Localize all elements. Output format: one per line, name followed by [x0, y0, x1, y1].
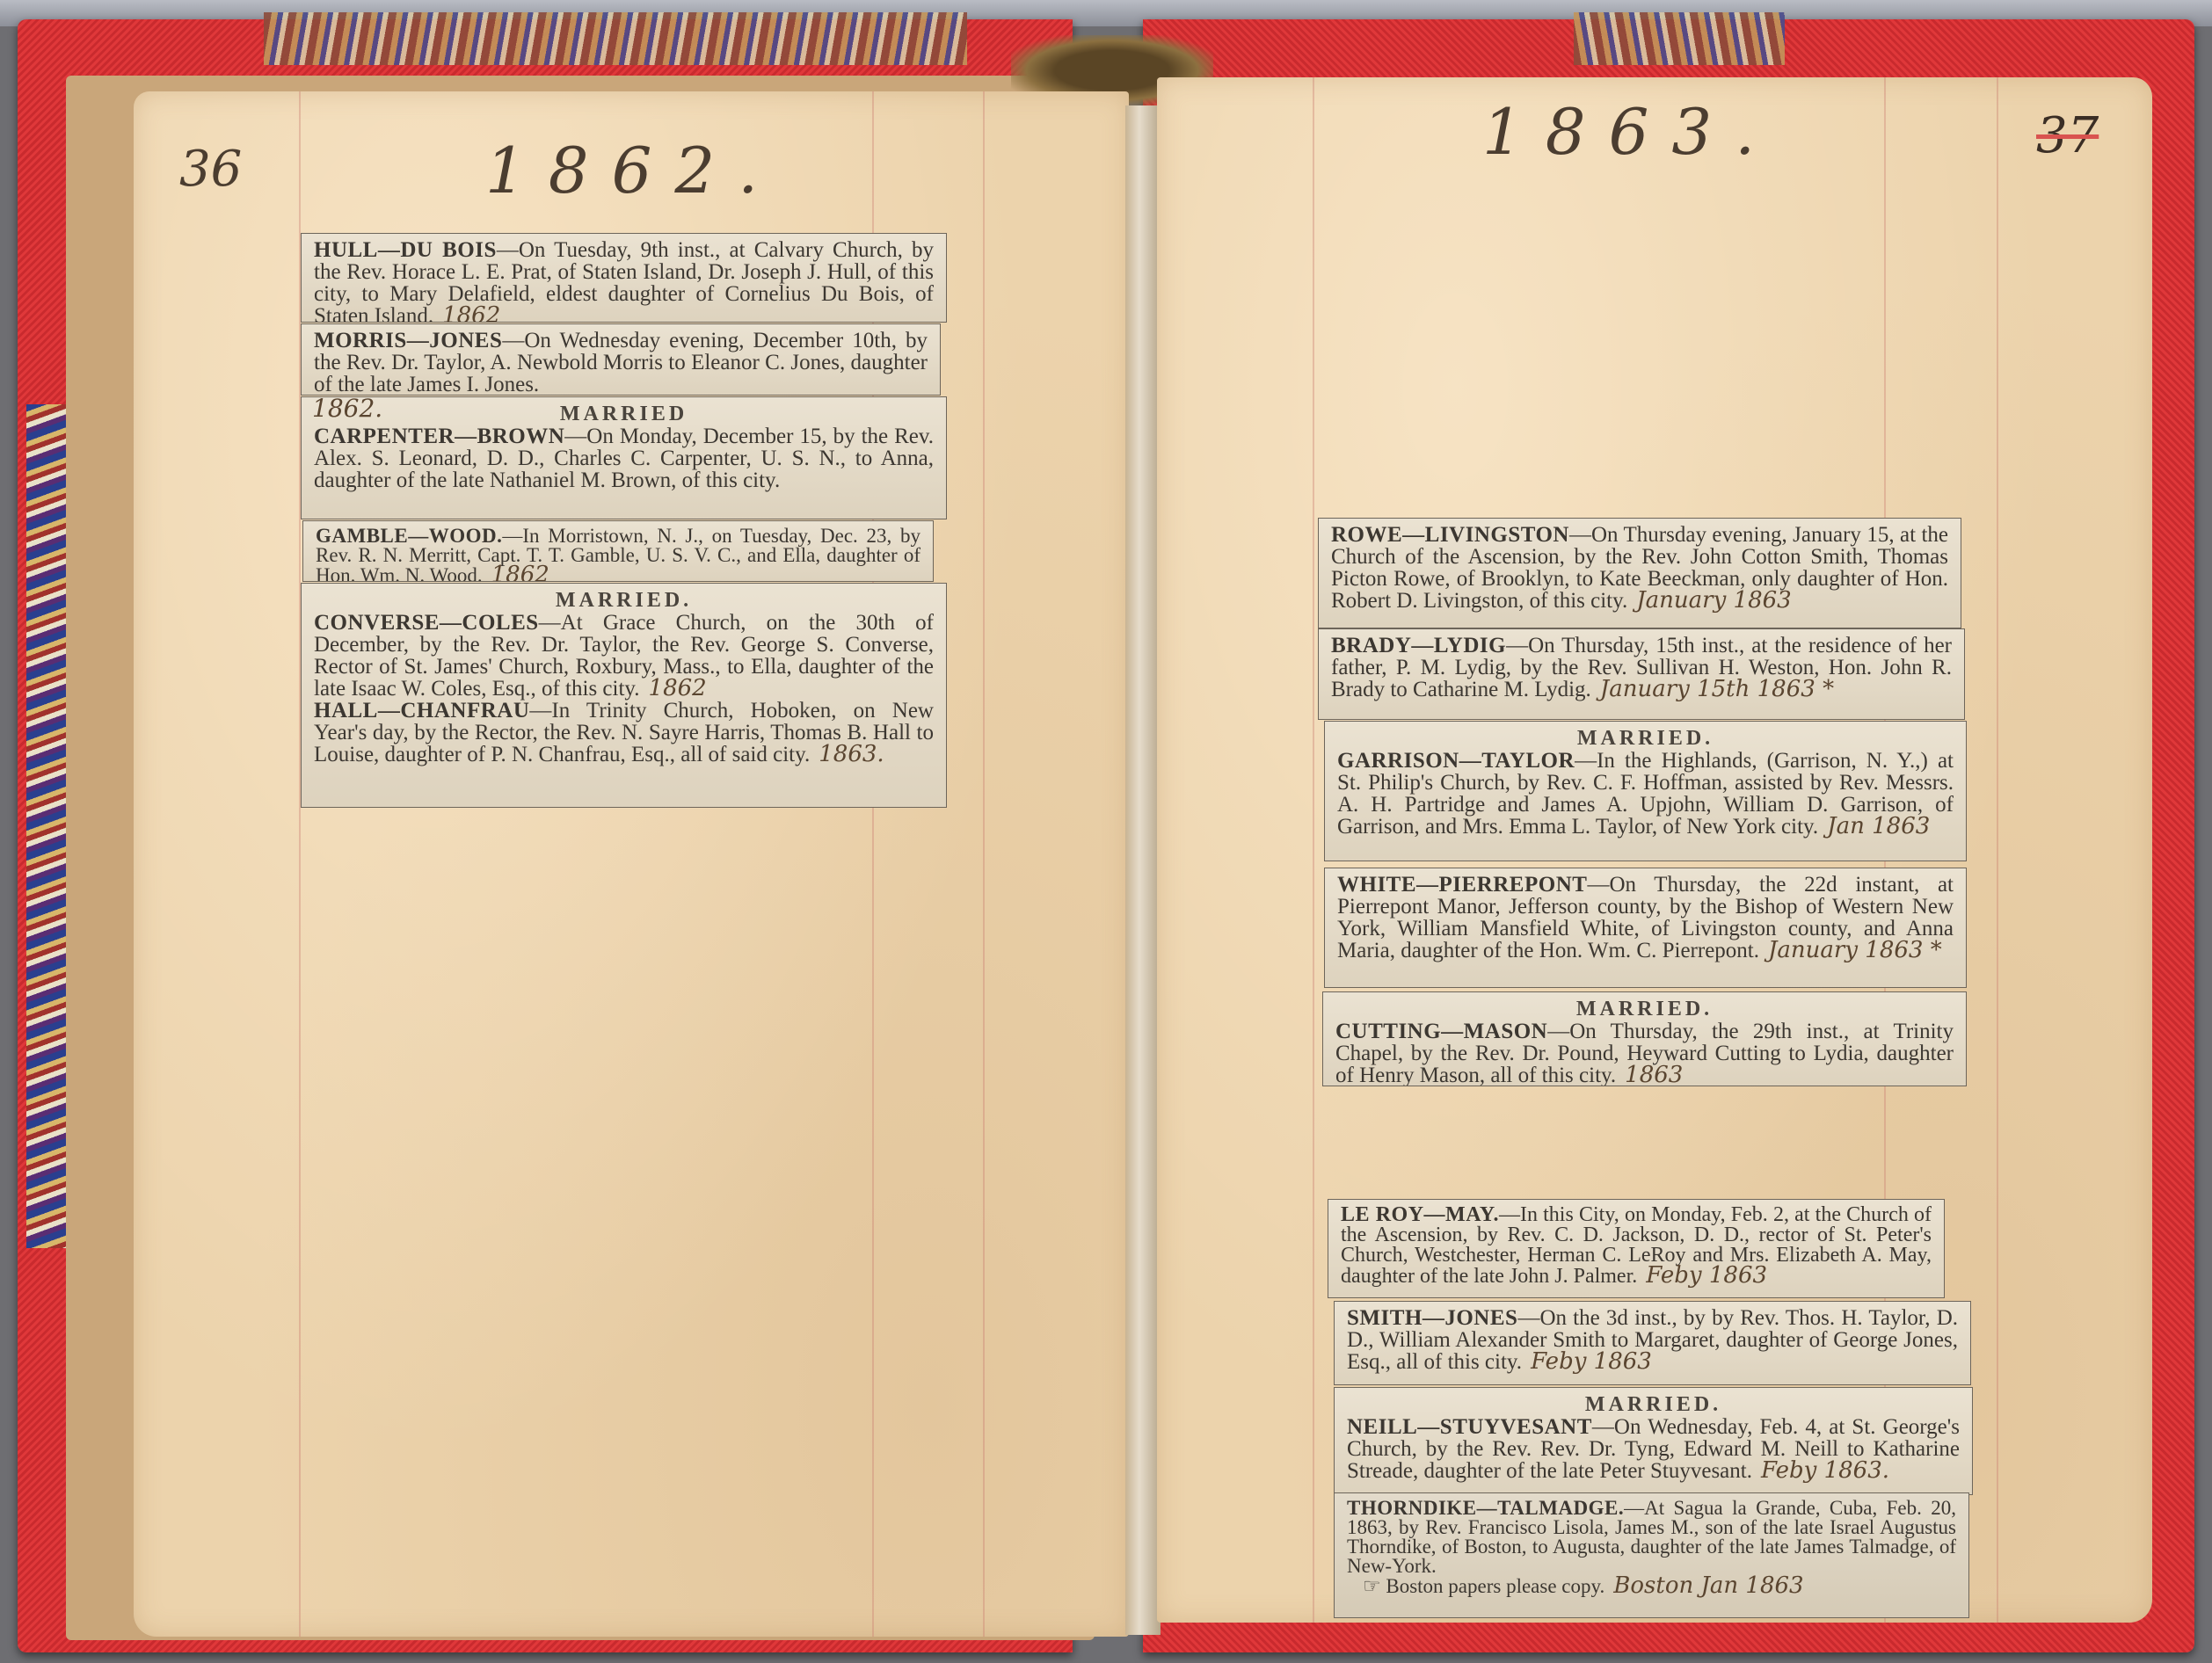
ruled-line — [1313, 77, 1314, 1623]
handwritten-note: 1862. — [312, 397, 382, 419]
clipping-leroy-may: LE ROY—MAY.—In this City, on Monday, Feb… — [1328, 1199, 1945, 1298]
handwritten-note: Jan 1863 — [1827, 813, 1930, 839]
left-page: 36 1862. HULL—DU BOIS—On Tuesday, 9th in… — [134, 91, 1129, 1637]
clipping-cutting-mason: MARRIED. CUTTING—MASON—On Thursday, the … — [1322, 991, 1967, 1086]
clipping-brady-lydig: BRADY—LYDIG—On Thursday, 15th inst., at … — [1318, 628, 1965, 720]
handwritten-note: Feby 1863 — [1646, 1262, 1767, 1289]
clipping-names: NEILL—STUYVESANT — [1347, 1415, 1592, 1439]
handwritten-note: January 1863 — [1636, 587, 1791, 614]
year-heading: 1863. — [1482, 95, 1778, 169]
handwritten-note: Boston Jan 1863 — [1613, 1572, 1803, 1599]
clipping-footer: ☞ Boston papers please copy. — [1347, 1575, 1604, 1597]
ruled-line — [1997, 77, 1998, 1623]
clipping-carpenter-brown: 1862. MARRIED CARPENTER—BROWN—On Monday,… — [301, 396, 947, 519]
clipping-names: CARPENTER—BROWN — [314, 425, 564, 448]
married-heading: MARRIED. — [1347, 1393, 1960, 1416]
clipping-smith-jones: SMITH—JONES—On the 3d inst., by by Rev. … — [1334, 1301, 1971, 1385]
clipping-names: BRADY—LYDIG — [1331, 634, 1506, 657]
handwritten-note: 1863. — [819, 741, 884, 767]
handwritten-note: 1863 — [1625, 1062, 1683, 1086]
page-number: 37 — [2036, 107, 2099, 164]
marbled-endpaper-top-right — [1574, 12, 1785, 65]
married-heading: MARRIED. — [1335, 998, 1954, 1020]
handwritten-note: 1862 — [442, 302, 500, 323]
marbled-endpaper-top-left — [264, 12, 967, 65]
ruled-line — [983, 91, 985, 1637]
right-page: 1863. 37 ROWE—LIVINGSTON—On Thursday eve… — [1157, 77, 2152, 1623]
clipping-morris-jones: MORRIS—JONES—On Wednesday evening, Decem… — [301, 323, 941, 396]
clipping-names: HULL—DU BOIS — [314, 238, 497, 262]
page-gutter — [1125, 105, 1161, 1635]
clipping-neill-stuyvesant: MARRIED. NEILL—STUYVESANT—On Wednesday, … — [1334, 1387, 1973, 1495]
clipping-names: MORRIS—JONES — [314, 329, 502, 352]
married-heading: MARRIED — [314, 403, 934, 425]
clipping-rowe-livingston: ROWE—LIVINGSTON—On Thursday evening, Jan… — [1318, 518, 1961, 628]
handwritten-note: Feby 1863. — [1761, 1457, 1889, 1484]
year-heading: 1862. — [485, 134, 781, 207]
clipping-thorndike-talmadge: THORNDIKE—TALMADGE.—At Sagua la Grande, … — [1334, 1492, 1969, 1618]
handwritten-note: 1862 — [649, 675, 707, 701]
handwritten-note: January 1863 * — [1768, 937, 1942, 963]
clipping-names: WHITE—PIERREPONT — [1337, 873, 1587, 897]
clipping-converse-coles-hall-chanfrau: MARRIED. CONVERSE—COLES—At Grace Church,… — [301, 583, 947, 808]
clipping-names: HALL—CHANFRAU — [314, 699, 529, 723]
clipping-names: ROWE—LIVINGSTON — [1331, 523, 1569, 547]
clipping-names: SMITH—JONES — [1347, 1306, 1517, 1330]
handwritten-note: Feby 1863 — [1531, 1348, 1652, 1375]
married-heading: MARRIED. — [1337, 727, 1954, 750]
clipping-names: CUTTING—MASON — [1335, 1020, 1547, 1043]
handwritten-note: 1862 — [491, 562, 549, 582]
clipping-garrison-taylor: MARRIED. GARRISON—TAYLOR—In the Highland… — [1324, 721, 1967, 861]
clipping-white-pierrepont: WHITE—PIERREPONT—On Thursday, the 22d in… — [1324, 868, 1967, 988]
clipping-names: GARRISON—TAYLOR — [1337, 749, 1575, 773]
page-number: 36 — [179, 141, 242, 198]
handwritten-note: January 15th 1863 * — [1600, 676, 1834, 702]
clipping-gamble-wood: GAMBLE—WOOD.—In Morristown, N. J., on Tu… — [302, 520, 934, 582]
married-heading: MARRIED. — [314, 589, 934, 612]
clipping-names: CONVERSE—COLES — [314, 611, 539, 635]
clipping-hull-du-bois: HULL—DU BOIS—On Tuesday, 9th inst., at C… — [301, 233, 947, 323]
